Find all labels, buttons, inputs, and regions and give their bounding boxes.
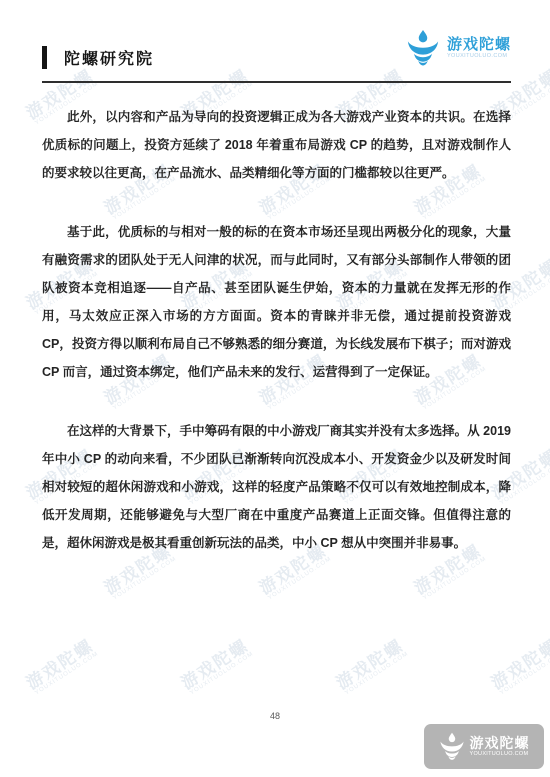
spinning-top-icon	[406, 29, 440, 67]
brand-logo: 游戏陀螺 YOUXITUOLUO.COM	[404, 29, 513, 67]
paragraph-2: 基于此，优质标的与相对一般的标的在资本市场还呈现出两极分化的现象，大量有融资需求…	[42, 218, 511, 386]
page-number: 48	[0, 711, 550, 721]
spinning-top-icon	[439, 732, 465, 761]
header-accent-bar	[42, 46, 47, 69]
header-divider	[42, 81, 511, 83]
paragraph-1: 此外，以内容和产品为导向的投资逻辑正成为各大游戏产业资本的共识。在选择优质标的问…	[42, 103, 511, 187]
footer-brand-text: 游戏陀螺 YOUXITUOLUO.COM	[470, 736, 530, 758]
footer-brand-domain: YOUXITUOLUO.COM	[470, 752, 530, 758]
brand-domain: YOUXITUOLUO.COM	[447, 54, 511, 60]
paragraph-3: 在这样的大背景下，手中筹码有限的中小游戏厂商其实并没有太多选择。从 2019 年…	[42, 417, 511, 557]
watermark: 游戏陀螺YOUXITUOLUO.COM	[330, 632, 410, 698]
footer-brand-name: 游戏陀螺	[470, 736, 530, 750]
document-page: 游戏陀螺YOUXITUOLUO.COM游戏陀螺YOUXITUOLUO.COM游戏…	[0, 0, 550, 777]
watermark: 游戏陀螺YOUXITUOLUO.COM	[175, 632, 255, 698]
page-title: 陀螺研究院	[64, 46, 154, 69]
brand-text: 游戏陀螺 YOUXITUOLUO.COM	[447, 37, 511, 60]
header: 陀螺研究院	[42, 46, 154, 69]
brand-name: 游戏陀螺	[447, 37, 511, 52]
watermark: 游戏陀螺YOUXITUOLUO.COM	[20, 632, 100, 698]
watermark: 游戏陀螺YOUXITUOLUO.COM	[485, 632, 550, 698]
document-body: 此外，以内容和产品为导向的投资逻辑正成为各大游戏产业资本的共识。在选择优质标的问…	[42, 103, 511, 588]
footer-brand-badge: 游戏陀螺 YOUXITUOLUO.COM	[424, 724, 544, 769]
